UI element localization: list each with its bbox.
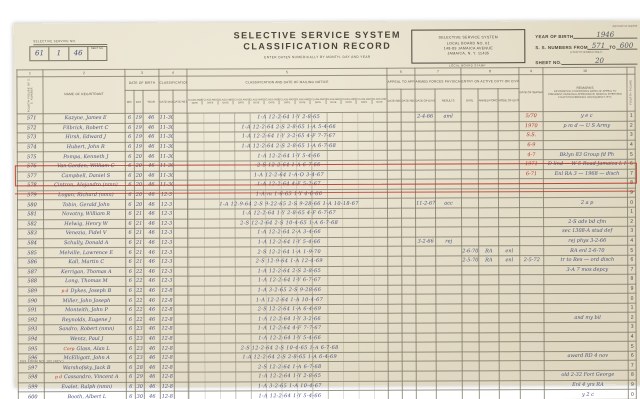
header-separation: DATE OF SEPARATION FROM ACTIVE DUTY OR C… — [519, 75, 543, 112]
class-date-subhead: CLASS AND DATE — [326, 98, 341, 105]
entry-date-cell — [462, 217, 479, 227]
entry-force-cell — [478, 112, 498, 122]
exam-results-cell — [435, 150, 461, 160]
exam-date-cell — [416, 361, 436, 371]
entry-date-cell — [462, 294, 479, 304]
dob-month-cell: 6 — [125, 200, 134, 210]
dob-month-cell: 6 — [125, 190, 134, 200]
appeal-returned-cell — [402, 294, 416, 304]
sheet-no-row: SHEET NO. 20 — [535, 57, 637, 64]
separation-date-cell — [520, 236, 544, 246]
header-dob-day: DAY — [134, 90, 143, 113]
exam-date-cell — [416, 304, 436, 314]
remarks-value-cell: p m d — U S Army — [543, 121, 627, 131]
entry-date-cell — [462, 313, 479, 323]
questionnaire-mailed-cell: 11-30 — [159, 152, 173, 162]
title-block: SELECTIVE SERVICE SYSTEM CLASSIFICATION … — [209, 30, 425, 59]
appeal-forwarded-cell — [388, 208, 402, 218]
appeal-forwarded-cell — [388, 285, 402, 295]
class-date-subhead: CLASS AND DATE — [295, 98, 310, 105]
questionnaire-returned-cell — [173, 142, 187, 152]
registrant-name-cell: Miller, John Joseph — [44, 296, 126, 306]
dob-month-cell: 6 — [126, 363, 135, 373]
remarks-value-cell — [544, 341, 628, 351]
header-entry-mode: MODE OF ENTRY (ENL, RES, COMM OR ORDERED… — [498, 89, 519, 112]
entry-mode-cell — [499, 275, 520, 285]
dob-day-cell: 20 — [134, 190, 143, 200]
questionnaire-mailed-cell: 12-8 — [160, 286, 174, 296]
dob-year-cell: 46 — [144, 267, 160, 277]
questionnaire-mailed-cell: 12-3 — [160, 238, 174, 248]
entry-mode-cell — [499, 304, 520, 314]
remarks-value-cell: 2 a p — [544, 198, 628, 208]
questionnaire-returned-cell — [173, 113, 187, 123]
exam-results-cell — [436, 313, 462, 323]
exam-results-cell — [436, 208, 462, 218]
dob-year-cell: 46 — [144, 334, 160, 344]
ssno-value-2: 1 — [50, 47, 69, 60]
dob-month-cell: 6 — [126, 353, 135, 363]
entry-force-cell — [478, 121, 498, 131]
remarks-value-cell: y 2 c — [544, 389, 628, 399]
questionnaire-returned-cell — [174, 382, 188, 392]
dob-day-cell: 28 — [135, 363, 144, 373]
questionnaire-returned-cell — [174, 305, 188, 315]
exam-date-cell — [416, 285, 436, 295]
dob-year-cell: 46 — [144, 228, 160, 238]
header-fourth-figure: FOURTH FIGURE OF S. S. NUMBER — [17, 77, 43, 114]
remarks-value-cell — [544, 274, 628, 284]
exam-results-cell — [436, 390, 462, 399]
exam-results-cell — [436, 323, 462, 333]
remarks-value-cell: 3-A 7 mos depcy — [544, 265, 628, 275]
header-right-fourth-figure: FOURTH FIGURE — [627, 74, 635, 111]
appeal-returned-cell — [401, 112, 415, 122]
fourth-figure-cell: 1 — [628, 303, 636, 313]
remarks-value-cell — [543, 140, 627, 150]
class-date-subhead: CLASS AND DATE — [280, 98, 295, 105]
exam-date-cell — [416, 275, 436, 285]
registrant-name-cell: Sandro, Robert (nmn) — [44, 324, 126, 334]
ss-number-cell: 590 — [18, 296, 44, 306]
class-date-subhead: CLASS AND DATE — [249, 98, 264, 105]
dob-day-cell: 23 — [135, 334, 144, 344]
separation-date-cell — [520, 188, 544, 198]
appeal-forwarded-cell — [387, 179, 401, 189]
dob-year-cell: 46 — [144, 324, 160, 334]
dob-year-cell: 46 — [143, 171, 159, 181]
entry-date-cell: 2-5-70 — [462, 256, 479, 266]
questionnaire-mailed-cell: 12-3 — [160, 228, 174, 238]
exam-date-cell — [416, 294, 436, 304]
separation-date-cell — [520, 342, 544, 352]
remarks-value-cell — [544, 293, 628, 303]
dob-month-cell: 6 — [126, 305, 135, 315]
exam-results-cell — [436, 361, 462, 371]
exam-date-cell — [416, 227, 436, 237]
questionnaire-mailed-cell: 12-3 — [160, 247, 174, 257]
exam-date-cell — [416, 314, 436, 324]
entry-mode-cell — [499, 294, 520, 304]
year-of-birth-row: YEAR OF BIRTH 1946 — [535, 32, 637, 39]
entry-date-cell — [461, 112, 478, 122]
dob-day-cell: 19 — [134, 113, 143, 123]
ss-to-value: 600 — [616, 43, 637, 50]
exam-results-cell: acc — [436, 198, 462, 208]
appeal-returned-cell — [401, 189, 415, 199]
header-appeal-forwarded: DATE RECORD FORWARDED — [387, 89, 401, 112]
ss-number-cell: 595 — [18, 344, 44, 354]
header-entry-force: ARMED FORCE OR CIVILIAN WORK — [478, 89, 498, 112]
remarks-value-cell: and my bil — [544, 313, 628, 323]
fourth-figure-cell: 6 — [628, 351, 636, 361]
separation-date-cell: 6-71 — [519, 169, 543, 179]
questionnaire-returned-cell — [174, 353, 188, 363]
remarks-value-cell: 2-S adv bd cfm — [544, 217, 628, 227]
fourth-figure-cell: 2 — [628, 217, 636, 227]
dob-month-cell: 6 — [126, 248, 135, 258]
appeal-returned-cell — [402, 208, 416, 218]
separation-date-cell — [520, 323, 544, 333]
appeal-returned-cell — [401, 141, 415, 151]
registrant-name-cell: Schully, Donald A — [44, 238, 126, 248]
questionnaire-returned-cell — [174, 372, 188, 382]
questionnaire-mailed-cell: 11-30 — [159, 132, 173, 142]
remarks-value-cell — [544, 303, 628, 313]
entry-mode-cell — [498, 169, 519, 179]
questionnaire-returned-cell — [174, 276, 188, 286]
entry-force-cell — [479, 265, 499, 275]
dob-day-cell: 20 — [134, 180, 143, 190]
appeal-returned-cell — [402, 371, 416, 381]
red-annotation: p d — [55, 375, 62, 380]
remarks-value-cell: rej phys 3-2-66 — [544, 236, 628, 246]
questionnaire-mailed-cell: 12-8 — [160, 324, 174, 334]
class-date-subhead: CLASS AND DATE — [265, 98, 280, 105]
remarks-value-cell: sec 1308-A stud def — [544, 226, 628, 236]
questionnaire-returned-cell — [174, 363, 188, 373]
ss-number-cell: 599 — [18, 382, 44, 392]
separation-date-cell — [520, 361, 544, 371]
entry-force-cell — [479, 313, 499, 323]
remarks-value-cell: tr to Res — ord disch — [544, 255, 628, 265]
questionnaire-returned-cell — [174, 343, 188, 353]
form-id: SSS FORM NO. 102 (REV.) — [20, 359, 64, 363]
entry-mode-cell — [498, 131, 519, 141]
dob-day-cell: 19 — [134, 142, 143, 152]
entry-date-cell — [462, 265, 479, 275]
red-annotation: p d — [61, 289, 68, 294]
entry-mode-cell — [499, 390, 520, 399]
separation-date-cell: 5/70 — [519, 112, 543, 122]
dob-year-cell: 46 — [144, 382, 160, 392]
exam-results-cell — [435, 131, 461, 141]
exam-date-cell — [416, 323, 436, 333]
entry-date-cell — [462, 361, 479, 371]
separation-date-cell — [520, 371, 544, 381]
registrant-name-cell: Kerrigan, Thomas A — [44, 267, 126, 277]
ss-numbers-row: S. S. NUMBERS FROM 571 TO 600 — [535, 43, 637, 50]
red-annotation: Corp — [64, 347, 75, 352]
dob-month-cell: 6 — [126, 344, 135, 354]
separation-date-cell — [520, 380, 544, 390]
ss-number-cell: 577 — [17, 171, 43, 181]
header-dob: DATE OF BIRTH — [125, 76, 159, 90]
dob-year-cell: 46 — [143, 190, 159, 200]
entry-date-cell — [462, 275, 479, 285]
appeal-returned-cell — [402, 227, 416, 237]
registrant-name-cell: Kall, Martin C — [44, 257, 126, 267]
questionnaire-mailed-cell: 12-3 — [159, 190, 173, 200]
dob-year-cell: 46 — [144, 343, 160, 353]
separation-date-cell: S.S. — [519, 131, 543, 141]
remarks-value-cell — [544, 178, 628, 188]
exam-date-cell — [416, 352, 436, 362]
dob-month-cell: 6 — [125, 152, 134, 162]
entry-date-cell — [462, 333, 479, 343]
entry-mode-cell — [498, 150, 519, 160]
exam-date-cell — [416, 390, 436, 399]
entry-force-cell — [479, 275, 499, 285]
registrant-name-cell: Kazyne, James E — [43, 113, 125, 123]
entry-force-cell — [479, 342, 499, 352]
entry-date-cell — [462, 198, 479, 208]
entry-date-cell — [461, 160, 478, 170]
header-physical-exam: ARMED FORCES PHYSICAL EXAMINATION — [415, 75, 461, 89]
questionnaire-mailed-cell: 12-8 — [160, 334, 174, 344]
appeal-returned-cell — [402, 218, 416, 228]
questionnaire-mailed-cell: 11-30 — [159, 171, 173, 181]
fourth-figure-cell: 6 — [628, 255, 636, 265]
separation-date-cell: 1971 — [519, 160, 543, 170]
separation-date-cell — [520, 284, 544, 294]
fourth-figure-cell: 7 — [628, 265, 636, 275]
entry-force-cell — [478, 150, 498, 160]
classification-record-sheet: SELECTIVE SERVICE NO. 61 1 46 REG'T NO. … — [13, 21, 640, 388]
exam-date-cell — [416, 381, 436, 391]
questionnaire-returned-cell — [173, 180, 187, 190]
exam-date-cell — [416, 246, 436, 256]
dob-day-cell: 20 — [134, 152, 143, 162]
ss-number-cell: 589 — [18, 286, 44, 296]
appeal-returned-cell — [401, 170, 415, 180]
entry-mode-cell — [499, 352, 520, 362]
appeal-returned-cell — [402, 323, 416, 333]
class-date-subheads: CLASS AND DATECLASS AND DATECLASS AND DA… — [188, 98, 387, 105]
exam-results-cell — [436, 294, 462, 304]
dob-day-cell: 22 — [135, 267, 144, 277]
registrant-name-cell: Cintron, Alejandro (nmn) — [43, 181, 125, 191]
entry-force-cell — [478, 169, 498, 179]
registrant-name-cell: Melville, Lawrence E — [44, 248, 126, 258]
appeal-forwarded-cell — [387, 112, 401, 122]
ss-number-cell: 574 — [17, 143, 43, 153]
fourth-figure-cell: 6 — [627, 159, 635, 169]
header-questionnaire: CLASSIFICATION QUESTIONNAIRE — [159, 76, 187, 90]
separation-date-cell — [520, 351, 544, 361]
dob-month-cell: 6 — [125, 181, 134, 191]
remarks-value-cell: Bklyn 83 Group fd Ph — [543, 150, 627, 160]
remarks-value-cell — [544, 188, 628, 198]
entry-force-cell — [479, 217, 499, 227]
registrant-name-cell: Reynolds, Eugene J — [44, 315, 126, 325]
dob-day-cell: 22 — [135, 286, 144, 296]
dob-year-cell: 46 — [144, 248, 160, 258]
dob-year-cell: 46 — [144, 209, 160, 219]
remarks-value-cell: Enl 4 yrs RA — [544, 380, 628, 390]
entry-mode-cell — [499, 361, 520, 371]
dob-day-cell: 21 — [135, 257, 144, 267]
entry-mode-cell — [499, 323, 520, 333]
dob-year-cell: 46 — [143, 152, 159, 162]
entry-mode-cell — [499, 332, 520, 342]
remarks-value-cell: y e c — [543, 111, 627, 121]
exam-date-cell: 2-4-66 — [415, 112, 435, 122]
entry-force-cell — [479, 332, 499, 342]
questionnaire-returned-cell — [173, 123, 187, 133]
header-entry-duty: ENTRY ON ACTIVE DUTY OR CIVILIAN WORK IN… — [461, 75, 519, 89]
exam-date-cell — [416, 208, 436, 218]
ss-number-cell: 598 — [18, 373, 44, 383]
record-tbody: 571Kazyne, James E6194611-301-A 12-2-64 … — [17, 111, 636, 399]
separation-date-cell — [520, 313, 544, 323]
dob-year-cell: 46 — [144, 363, 160, 373]
registrant-name-cell: Tobin, Gerald John — [43, 200, 125, 210]
appeal-returned-cell — [401, 179, 415, 189]
ssno-label: SELECTIVE SERVICE NO. — [33, 39, 107, 45]
dob-day-cell: 22 — [135, 276, 144, 286]
appeal-forwarded-cell — [388, 237, 402, 247]
appeal-returned-cell — [402, 342, 416, 352]
questionnaire-mailed-cell: 12-8 — [160, 391, 174, 399]
dob-month-cell: 6 — [126, 315, 135, 325]
questionnaire-returned-cell — [174, 267, 188, 277]
exam-date-cell — [416, 371, 436, 381]
questionnaire-returned-cell — [174, 295, 188, 305]
entry-mode-cell — [499, 371, 520, 381]
appeal-forwarded-cell — [388, 390, 402, 399]
appeal-forwarded-cell — [388, 294, 402, 304]
appeal-forwarded-cell — [388, 371, 402, 381]
appeal-forwarded-cell — [387, 131, 401, 141]
entry-date-cell — [462, 304, 479, 314]
header-exam-results: RESULTS — [435, 89, 461, 112]
registrant-name-cell: Hubert, John R — [43, 142, 125, 152]
exam-date-cell — [415, 189, 435, 199]
exam-date-cell — [415, 160, 435, 170]
dob-year-cell: 46 — [144, 238, 160, 248]
exam-results-cell — [436, 217, 462, 227]
ss-number-cell: 571 — [17, 114, 43, 124]
ss-number-cell: 578 — [17, 181, 43, 191]
exam-date-cell — [415, 122, 435, 132]
header-appeal: APPEAL TO APPEAL BOARD — [387, 75, 415, 89]
dob-year-cell: 46 — [144, 276, 160, 286]
exam-results-cell — [436, 285, 462, 295]
exam-results-cell — [436, 265, 462, 275]
appeal-returned-cell — [402, 333, 416, 343]
entry-mode-cell — [498, 140, 519, 150]
ss-numbers-note: (FOURTH NUMBER ONLY) — [535, 50, 637, 53]
exam-date-cell: 3-2-66 — [416, 237, 436, 247]
exam-date-cell — [416, 256, 436, 266]
fourth-figure-cell: 3 — [627, 130, 635, 140]
class-date-subhead: CLASS AND DATE — [311, 98, 326, 105]
questionnaire-mailed-cell: 12-3 — [160, 200, 174, 210]
exam-results-cell — [435, 179, 461, 189]
separation-date-cell — [520, 198, 544, 208]
questionnaire-mailed-cell: 12-8 — [160, 315, 174, 325]
entry-mode-cell: enl — [499, 246, 520, 256]
entry-force-cell — [479, 380, 499, 390]
appeal-returned-cell — [401, 151, 415, 161]
year-of-birth-value: 1946 — [573, 32, 637, 39]
registrant-name-cell: Monteith, John P — [44, 305, 126, 315]
entry-mode-cell — [499, 198, 520, 208]
dob-year-cell: 46 — [143, 180, 159, 190]
dob-day-cell: 20 — [134, 171, 143, 181]
entry-force-cell — [479, 294, 499, 304]
header-questionnaire-returned: DATE RETURNED — [173, 90, 187, 113]
entry-date-cell — [462, 342, 479, 352]
fourth-figure-cell: 0 — [628, 198, 636, 208]
questionnaire-mailed-cell: 11-30 — [159, 113, 173, 123]
entry-mode-cell — [499, 380, 520, 390]
dob-year-cell: 46 — [144, 315, 160, 325]
entry-date-cell — [461, 179, 478, 189]
appeal-forwarded-cell — [388, 266, 402, 276]
ssno-tail-label: REG'T NO. — [88, 47, 106, 60]
header-entry-date: DATE — [461, 89, 478, 112]
registrant-name-cell: Pompa, Kenneth J — [43, 152, 125, 162]
form-instruction: ENTER DATES NUMERICALLY BY MONTH, DAY AN… — [209, 54, 425, 59]
dob-month-cell: 6 — [126, 257, 135, 267]
stamp-line-4: JAMAICA, N. Y. 11435 — [412, 52, 524, 58]
dob-day-cell: 21 — [135, 219, 144, 229]
fourth-figure-cell: 2 — [628, 313, 636, 323]
appeal-forwarded-cell — [388, 246, 402, 256]
appeal-forwarded-cell — [388, 342, 402, 352]
dob-year-cell: 46 — [144, 257, 160, 267]
registrant-name-cell: Hirsh, Edward J — [43, 133, 125, 143]
entry-date-cell — [461, 169, 478, 179]
dob-month-cell: 6 — [125, 113, 134, 123]
entry-date-cell — [462, 237, 479, 247]
entry-force-cell — [479, 323, 499, 333]
dob-month-cell: 6 — [126, 324, 135, 334]
fourth-figure-cell: 5 — [627, 150, 635, 160]
approval-note: Approval not required — [535, 25, 637, 28]
exam-date-cell — [416, 218, 436, 228]
dob-year-cell: 46 — [143, 123, 159, 133]
appeal-forwarded-cell — [388, 323, 402, 333]
dob-year-cell: 46 — [143, 142, 159, 152]
questionnaire-returned-cell — [173, 132, 187, 142]
dob-month-cell: 6 — [125, 133, 134, 143]
questionnaire-returned-cell — [174, 334, 188, 344]
questionnaire-returned-cell — [174, 199, 188, 209]
appeal-returned-cell — [401, 122, 415, 132]
appeal-forwarded-cell — [388, 333, 402, 343]
dob-day-cell: 21 — [135, 248, 144, 258]
exam-date-cell — [415, 131, 435, 141]
ss-number-cell: 585 — [18, 248, 44, 258]
ss-numbers-label: S. S. NUMBERS FROM — [535, 45, 588, 50]
dob-month-cell: 6 — [125, 123, 134, 133]
class-date-subhead: CLASS AND DATE — [218, 98, 233, 105]
questionnaire-mailed-cell: 11-30 — [159, 142, 173, 152]
remarks-value-cell — [544, 322, 628, 332]
